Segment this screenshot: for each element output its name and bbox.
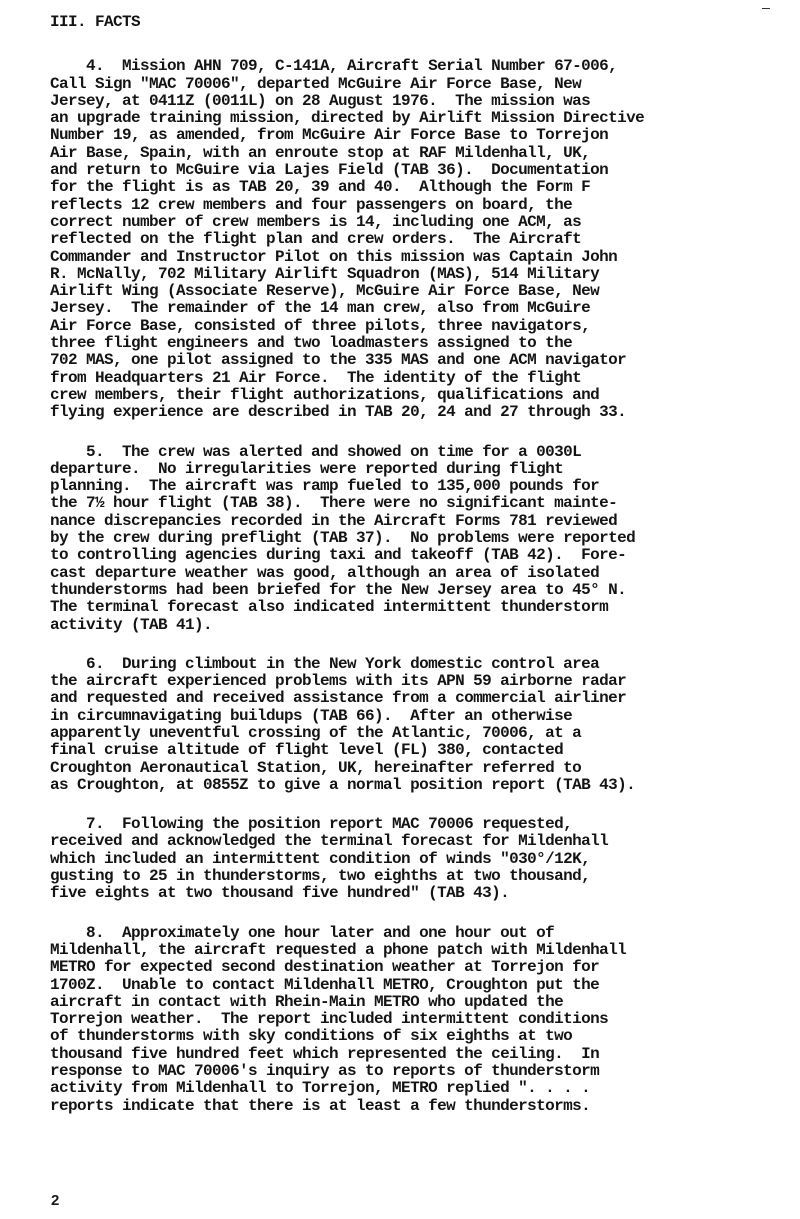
text-line: apparently uneventful crossing of the At… xyxy=(50,725,770,742)
text-line: reflected on the flight plan and crew or… xyxy=(50,231,770,248)
text-line: Airlift Wing (Associate Reserve), McGuir… xyxy=(50,283,770,300)
text-line: departure. No irregularities were report… xyxy=(50,461,770,478)
text-line: reflects 12 crew members and four passen… xyxy=(50,197,770,214)
text-line: 7. Following the position report MAC 700… xyxy=(50,816,770,833)
paragraph-5: 5. The crew was alerted and showed on ti… xyxy=(50,444,770,634)
text-line: cast departure weather was good, althoug… xyxy=(50,565,770,582)
text-line: five eights at two thousand five hundred… xyxy=(50,885,770,902)
text-line: nance discrepancies recorded in the Airc… xyxy=(50,513,770,530)
text-line: Commander and Instructor Pilot on this m… xyxy=(50,249,770,266)
text-line: 4. Mission AHN 709, C-141A, Aircraft Ser… xyxy=(50,58,770,75)
text-line: thunderstorms had been briefed for the N… xyxy=(50,582,770,599)
text-line: received and acknowledged the terminal f… xyxy=(50,833,770,850)
text-line: aircraft in contact with Rhein-Main METR… xyxy=(50,994,770,1011)
text-line: Torrejon weather. The report included in… xyxy=(50,1011,770,1028)
text-line: Number 19, as amended, from McGuire Air … xyxy=(50,127,770,144)
text-line: to controlling agencies during taxi and … xyxy=(50,547,770,564)
paragraph-8: 8. Approximately one hour later and one … xyxy=(50,925,770,1115)
text-line: and requested and received assistance fr… xyxy=(50,690,770,707)
text-line: three flight engineers and two loadmaste… xyxy=(50,335,770,352)
text-line: as Croughton, at 0855Z to give a normal … xyxy=(50,777,770,794)
document-page: III. FACTS 4. Mission AHN 709, C-141A, A… xyxy=(0,0,800,1219)
text-line: 8. Approximately one hour later and one … xyxy=(50,925,770,942)
paragraph-list: 4. Mission AHN 709, C-141A, Aircraft Ser… xyxy=(50,58,770,1115)
text-line: of thunderstorms with sky conditions of … xyxy=(50,1028,770,1045)
text-line: gusting to 25 in thunderstorms, two eigh… xyxy=(50,868,770,885)
text-line: METRO for expected second destination we… xyxy=(50,959,770,976)
text-line: Air Force Base, consisted of three pilot… xyxy=(50,318,770,335)
text-line: by the crew during preflight (TAB 37). N… xyxy=(50,530,770,547)
text-line: final cruise altitude of flight level (F… xyxy=(50,742,770,759)
text-line: which included an intermittent condition… xyxy=(50,851,770,868)
text-line: activity (TAB 41). xyxy=(50,617,770,634)
text-line: response to MAC 70006's inquiry as to re… xyxy=(50,1063,770,1080)
text-line: crew members, their flight authorization… xyxy=(50,387,770,404)
text-line: 5. The crew was alerted and showed on ti… xyxy=(50,444,770,461)
text-line: Call Sign "MAC 70006", departed McGuire … xyxy=(50,76,770,93)
text-line: correct number of crew members is 14, in… xyxy=(50,214,770,231)
text-line: R. McNally, 702 Military Airlift Squadro… xyxy=(50,266,770,283)
text-line: from Headquarters 21 Air Force. The iden… xyxy=(50,370,770,387)
paragraph-4: 4. Mission AHN 709, C-141A, Aircraft Ser… xyxy=(50,58,770,421)
text-line: thousand five hundred feet which represe… xyxy=(50,1046,770,1063)
text-line: for the flight is as TAB 20, 39 and 40. … xyxy=(50,179,770,196)
text-line: Croughton Aeronautical Station, UK, here… xyxy=(50,760,770,777)
text-line: flying experience are described in TAB 2… xyxy=(50,404,770,421)
text-line: Jersey. The remainder of the 14 man crew… xyxy=(50,300,770,317)
text-line: and return to McGuire via Lajes Field (T… xyxy=(50,162,770,179)
text-line: the aircraft experienced problems with i… xyxy=(50,673,770,690)
paragraph-7: 7. Following the position report MAC 700… xyxy=(50,816,770,902)
text-line: reports indicate that there is at least … xyxy=(50,1098,770,1115)
text-line: the 7½ hour flight (TAB 38). There were … xyxy=(50,495,770,512)
text-line: The terminal forecast also indicated int… xyxy=(50,599,770,616)
text-line: planning. The aircraft was ramp fueled t… xyxy=(50,478,770,495)
text-line: Mildenhall, the aircraft requested a pho… xyxy=(50,942,770,959)
page-number: 2 xyxy=(51,1192,59,1209)
text-line: 6. During climbout in the New York domes… xyxy=(50,656,770,673)
text-line: activity from Mildenhall to Torrejon, ME… xyxy=(50,1080,770,1097)
document-body: III. FACTS 4. Mission AHN 709, C-141A, A… xyxy=(50,14,770,1137)
text-line: 702 MAS, one pilot assigned to the 335 M… xyxy=(50,352,770,369)
text-line: Jersey, at 0411Z (0011L) on 28 August 19… xyxy=(50,93,770,110)
text-line: Air Base, Spain, with an enroute stop at… xyxy=(50,145,770,162)
scan-mark xyxy=(762,8,770,9)
section-heading: III. FACTS xyxy=(50,14,770,31)
text-line: an upgrade training mission, directed by… xyxy=(50,110,770,127)
text-line: 1700Z. Unable to contact Mildenhall METR… xyxy=(50,977,770,994)
paragraph-6: 6. During climbout in the New York domes… xyxy=(50,656,770,794)
text-line: in circumnavigating buildups (TAB 66). A… xyxy=(50,708,770,725)
